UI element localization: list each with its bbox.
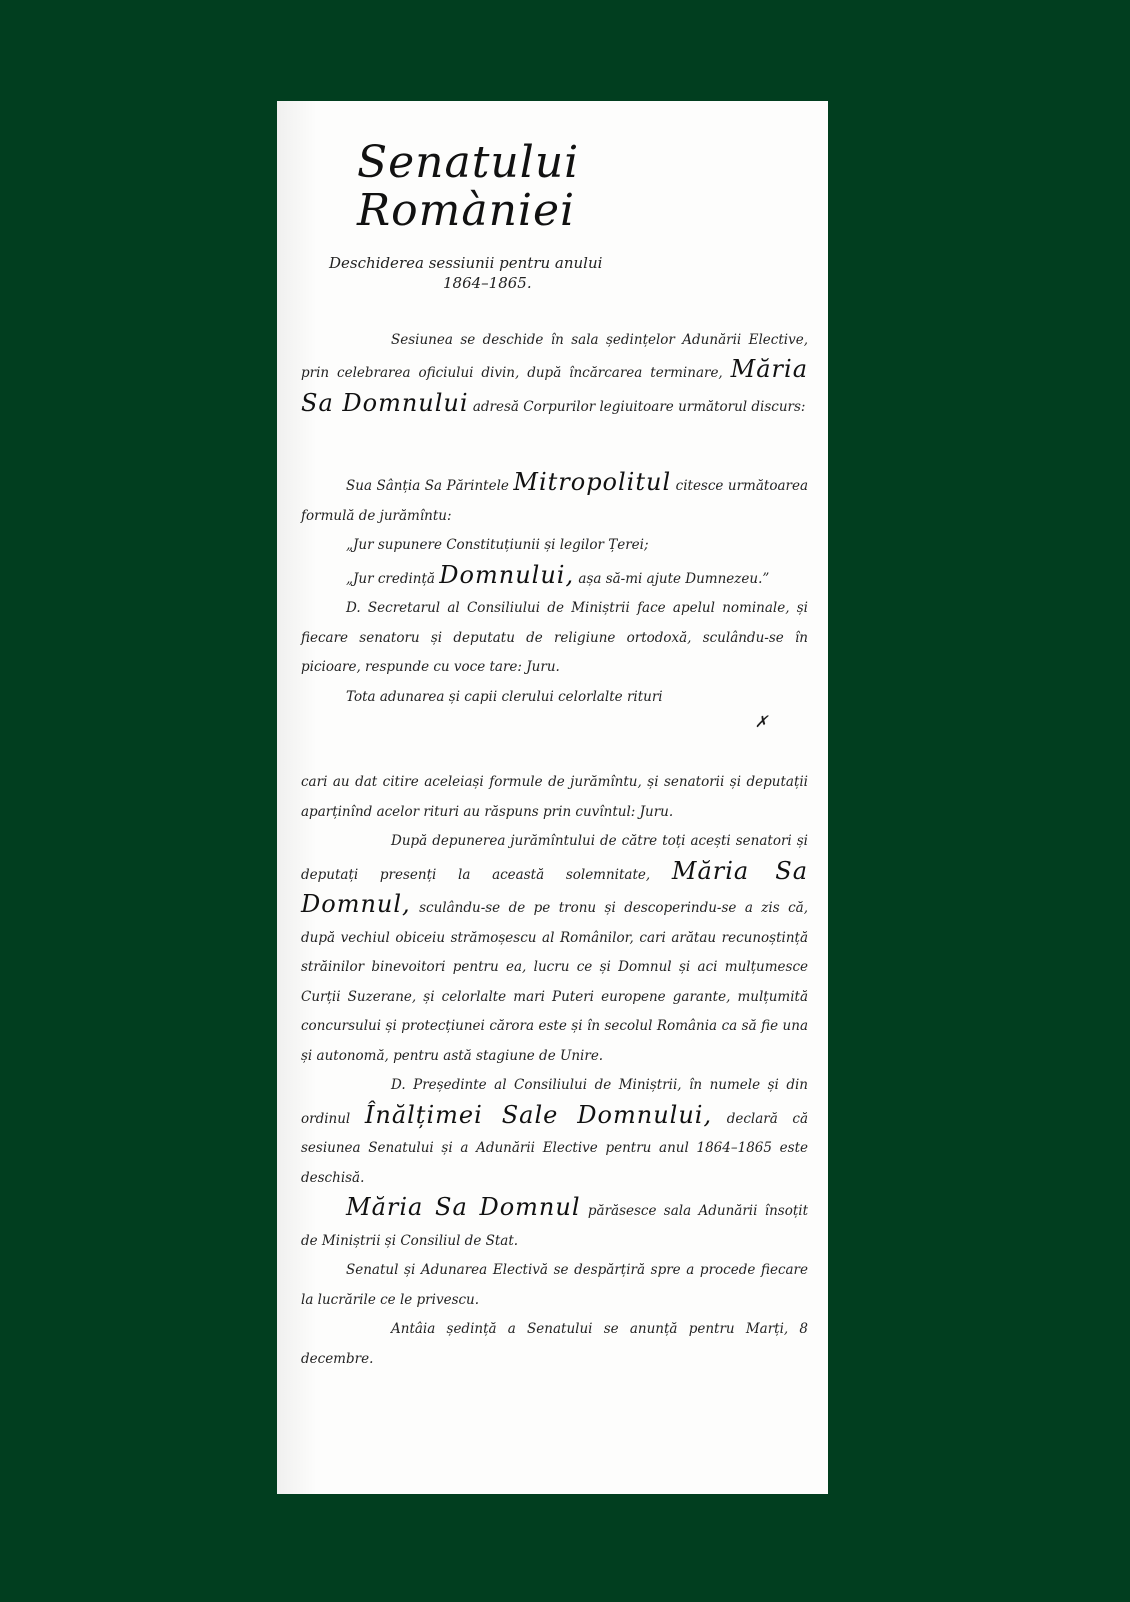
paragraph-text: Antâia ședință a Senatului se anunță pen… — [301, 1321, 808, 1367]
paragraph-text: „Jur supunere Constituțiunii și legilor … — [346, 537, 649, 553]
paragraph-next-session: Antâia ședință a Senatului se anunță pen… — [301, 1315, 808, 1374]
paragraph-metropolitan: Sua Sânția Sa Părintele Mitropolitul cit… — [301, 468, 808, 531]
emphasis-text: Mitropolitul — [513, 468, 671, 496]
paragraph-roll-call: D. Secretarul al Consiliului de Miniștri… — [301, 594, 808, 683]
document-title: Senatului Romàniei — [357, 139, 808, 236]
session-years: 1864–1865. — [443, 274, 808, 292]
paragraph-oath-2: „Jur credință Domnului, așa să-mi ajute … — [301, 561, 808, 595]
document-subtitle: Deschiderea sessiunii pentru anului — [329, 254, 808, 272]
paragraph-text: Sua Sânția Sa Părintele — [346, 478, 509, 494]
paragraph-text: Tota adunarea și capii clerului celorlal… — [346, 689, 663, 705]
manuscript-page: Senatului Romàniei Deschiderea sessiunii… — [277, 101, 828, 1494]
paragraph-other-rites: cari au dat citire aceleiași formule de … — [301, 768, 808, 827]
paragraph-text: „Jur credință — [346, 571, 435, 587]
paragraph-text: sculându-se de pe tronu și descoperindu-… — [301, 900, 808, 1064]
paragraph-departure: Măria Sa Domnul părăsesce sala Adunării … — [301, 1193, 808, 1256]
paragraph-text: Senatul și Adunarea Electivă se despărți… — [301, 1262, 808, 1308]
paragraph-opening: Sesiunea se deschide în sala ședințelor … — [301, 326, 808, 423]
paragraph-text: D. Secretarul al Consiliului de Miniștri… — [301, 600, 808, 675]
emphasis-text: Înălțimei Sale Domnului, — [365, 1101, 712, 1129]
paragraph-oath-1: „Jur supunere Constituțiunii și legilor … — [301, 531, 808, 561]
paragraph-text: adresă Corpurilor legiuitoare următorul … — [473, 399, 806, 415]
paragraph-text: cari au dat citire aceleiași formule de … — [301, 774, 808, 820]
paragraph-clergy: Tota adunarea și capii clerului celorlal… — [301, 683, 808, 713]
page-break-mark: ✗ — [301, 712, 768, 732]
paragraph-separation: Senatul și Adunarea Electivă se despărți… — [301, 1256, 808, 1315]
paragraph-prince-speech: După depunerea jurămîntului de către toț… — [301, 827, 808, 1071]
paragraph-president: D. Președinte al Consiliului de Miniștri… — [301, 1071, 808, 1193]
emphasis-text: Măria Sa Domnul — [346, 1193, 581, 1221]
emphasis-text: Domnului, — [439, 561, 574, 589]
paragraph-text: așa să-mi ajute Dumnezeu.” — [578, 571, 769, 587]
